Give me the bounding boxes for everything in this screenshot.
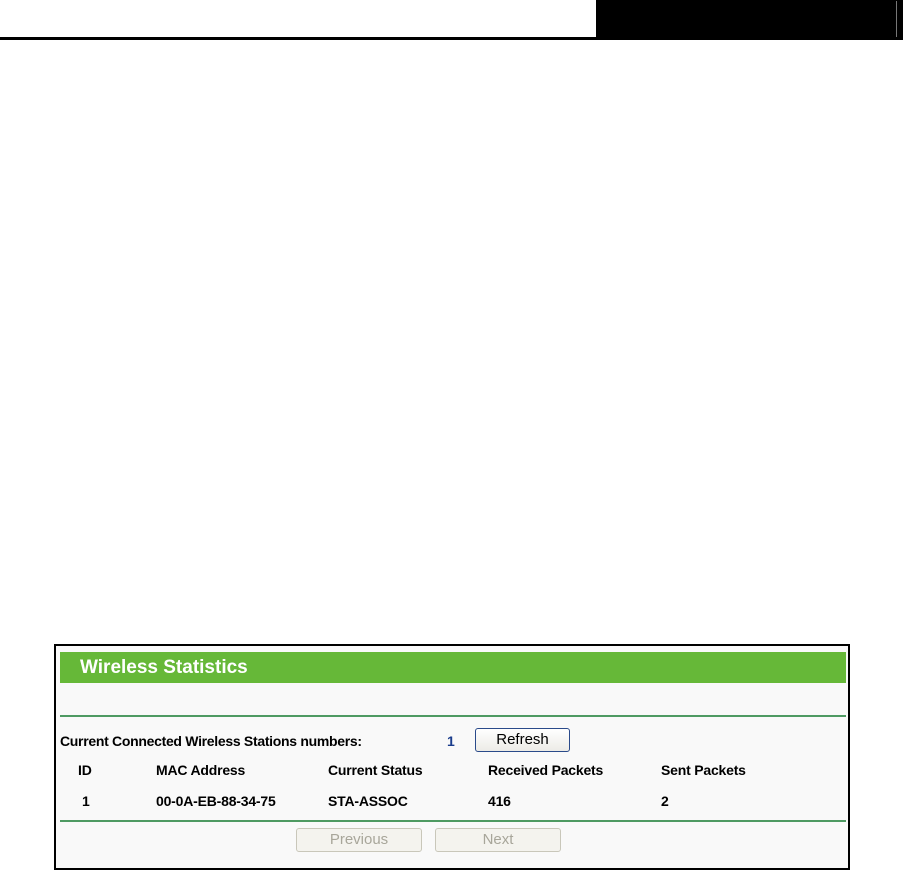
stations-count-value: 1 — [447, 733, 455, 749]
divider-top — [60, 715, 846, 717]
column-header-sent: Sent Packets — [661, 762, 746, 778]
wireless-statistics-panel: Wireless Statistics Current Connected Wi… — [54, 644, 850, 870]
stations-count-label: Current Connected Wireless Stations numb… — [60, 733, 362, 749]
cell-id: 1 — [82, 793, 90, 809]
refresh-button[interactable]: Refresh — [475, 728, 570, 752]
column-header-received: Received Packets — [488, 762, 603, 778]
previous-button[interactable]: Previous — [296, 828, 422, 852]
panel-title: Wireless Statistics — [60, 652, 846, 683]
column-header-status: Current Status — [328, 762, 422, 778]
column-header-mac: MAC Address — [156, 762, 245, 778]
column-header-id: ID — [78, 762, 92, 778]
next-button[interactable]: Next — [435, 828, 561, 852]
page-header-block — [596, 0, 903, 40]
cell-mac: 00-0A-EB-88-34-75 — [156, 793, 276, 809]
divider-bottom — [60, 820, 846, 822]
cell-received: 416 — [488, 793, 511, 809]
cell-sent: 2 — [661, 793, 669, 809]
cell-status: STA-ASSOC — [328, 793, 408, 809]
page-header-divider — [896, 1, 897, 37]
page-header-divider-light — [906, 1, 907, 37]
